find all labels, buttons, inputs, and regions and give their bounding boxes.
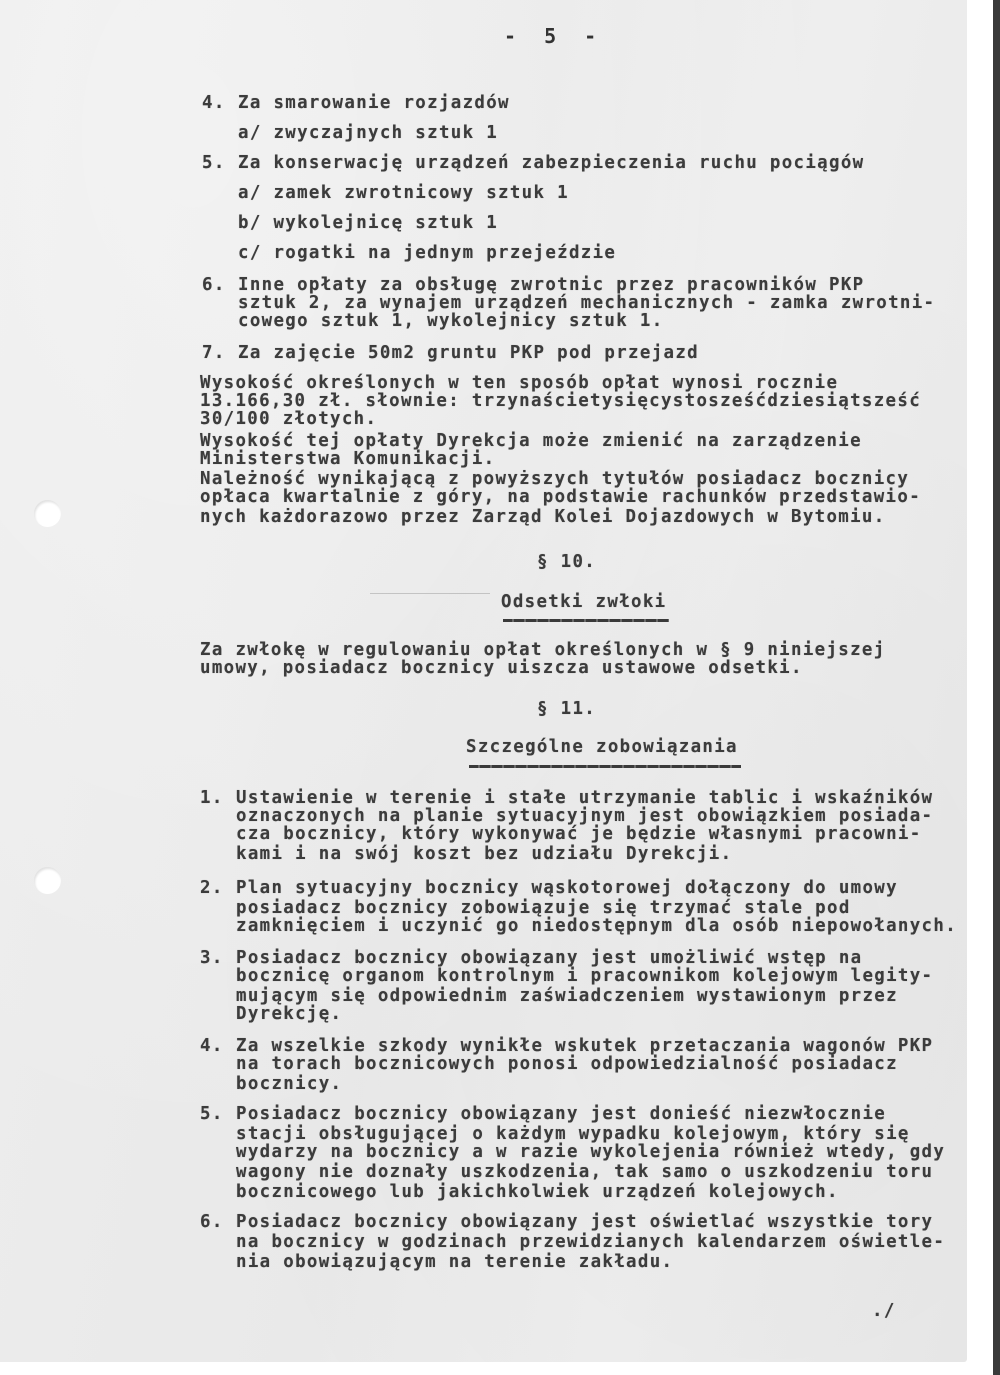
paragraph-line: 30/100 złotych. xyxy=(200,410,377,428)
list-subitem: b/ wykolejnicę sztuk 1 xyxy=(238,214,498,232)
list-item-line: na torach bocznicowych ponosi odpowiedzi… xyxy=(236,1055,898,1073)
paragraph-line: umowy, posiadacz bocznicy uiszcza ustawo… xyxy=(200,659,803,677)
list-item-number: 3. xyxy=(200,949,224,967)
list-item-line: bocznicę organom kontrolnym i pracowniko… xyxy=(236,967,933,985)
list-item-number: 2. xyxy=(200,879,224,897)
list-item-line: bocznicowego lub jakichkolwiek urządzeń … xyxy=(236,1183,839,1201)
list-item-line: stacji obsługującej o każdym wypadku kol… xyxy=(236,1125,910,1143)
list-subitem: a/ zamek zwrotnicowy sztuk 1 xyxy=(238,184,569,202)
list-item-number: 5. xyxy=(200,1105,224,1123)
list-item-line: Za wszelkie szkody wynikłe wskutek przet… xyxy=(236,1037,933,1055)
list-item-line: wydarzy na bocznicy a w razie wykolejeni… xyxy=(236,1143,945,1161)
list-item-line: cza bocznicy, który wykonywać je będzie … xyxy=(236,825,922,843)
document-page: - 5 - 4. Za smarowanie rozjazdów a/ zwyc… xyxy=(0,0,967,1362)
list-item-line: mującym się odpowiednim zaświadczeniem w… xyxy=(236,987,898,1005)
scan-border xyxy=(993,0,1000,1375)
page-number: - 5 - xyxy=(504,24,604,48)
title-underline xyxy=(503,619,669,622)
list-item-line: posiadacz bocznicy zobowiązuje się trzym… xyxy=(236,899,851,917)
list-item-line: cowego sztuk 1, wykolejnicy sztuk 1. xyxy=(238,312,664,330)
list-item-number: 4. xyxy=(200,1037,224,1055)
continuation-mark: ./ xyxy=(872,1302,896,1320)
list-item-line: Posiadacz bocznicy obowiązany jest oświe… xyxy=(236,1213,933,1231)
paragraph-line: Ministerstwa Komunikacji. xyxy=(200,450,496,468)
list-item-line: wagony nie doznały uszkodzenia, tak samo… xyxy=(236,1163,933,1181)
list-item-line: sztuk 2, za wynajem urządzeń mechaniczny… xyxy=(238,294,935,312)
section-title: Odsetki zwłoki xyxy=(501,593,666,611)
list-item: Za zajęcie 50m2 gruntu PKP pod przejazd xyxy=(238,344,699,362)
punch-hole xyxy=(34,867,61,894)
paragraph-line: opłaca kwartalnie z góry, na podstawie r… xyxy=(200,488,921,506)
list-item-number: 6. xyxy=(200,1213,224,1231)
paragraph-line: Wysokość określonych w ten sposób opłat … xyxy=(200,374,838,392)
list-item-line: bocznicy. xyxy=(236,1075,342,1093)
list-item-number: 1. xyxy=(200,789,224,807)
list-item-line: oznaczonych na planie sytuacyjnym jest o… xyxy=(236,807,933,825)
list-item-line: zamknięciem i uczynić go niedostępnym dl… xyxy=(236,917,957,935)
list-item-number: 7. xyxy=(202,344,226,362)
paragraph-line: nych każdorazowo przez Zarząd Kolei Doja… xyxy=(200,508,886,526)
list-item-line: Plan sytuacyjny bocznicy wąskotorowej do… xyxy=(236,879,898,897)
list-subitem: c/ rogatki na jednym przejeździe xyxy=(238,244,616,262)
list-item: Za konserwację urządzeń zabezpieczenia r… xyxy=(238,154,864,172)
list-item-number: 5. xyxy=(202,154,226,172)
list-item-line: nia obowiązującym na terenie zakładu. xyxy=(236,1253,673,1271)
paragraph-line: 13.166,30 zł. słownie: trzynaścietysięcy… xyxy=(200,392,921,410)
list-item-number: 6. xyxy=(202,276,226,294)
paragraph-line: Za zwłokę w regulowaniu opłat określonyc… xyxy=(200,641,886,659)
paragraph-line: Wysokość tej opłaty Dyrekcja może zmieni… xyxy=(200,432,862,450)
list-item-line: Posiadacz bocznicy obowiązany jest donie… xyxy=(236,1105,886,1123)
paragraph-line: Należność wynikającą z powyższych tytułó… xyxy=(200,470,909,488)
list-item-line: na bocznicy w godzinach przewidzianych k… xyxy=(236,1233,945,1251)
list-item: Za smarowanie rozjazdów xyxy=(238,94,510,112)
list-item-number: 4. xyxy=(202,94,226,112)
list-item-line: Dyrekcję. xyxy=(236,1005,342,1023)
list-item-line: kami i na swój koszt bez udziału Dyrekcj… xyxy=(236,845,732,863)
section-title: Szczególne zobowiązania xyxy=(466,738,738,756)
section-symbol: § 11. xyxy=(537,700,596,718)
list-item-line: Inne opłaty za obsługę zwrotnic przez pr… xyxy=(238,276,864,294)
title-underline xyxy=(469,765,741,768)
list-item-line: Posiadacz bocznicy obowiązany jest umożl… xyxy=(236,949,862,967)
list-subitem: a/ zwyczajnych sztuk 1 xyxy=(238,124,498,142)
section-symbol: § 10. xyxy=(537,553,596,571)
list-item-line: Ustawienie w terenie i stałe utrzymanie … xyxy=(236,789,933,807)
punch-hole xyxy=(34,500,61,527)
faint-mark xyxy=(370,593,490,594)
